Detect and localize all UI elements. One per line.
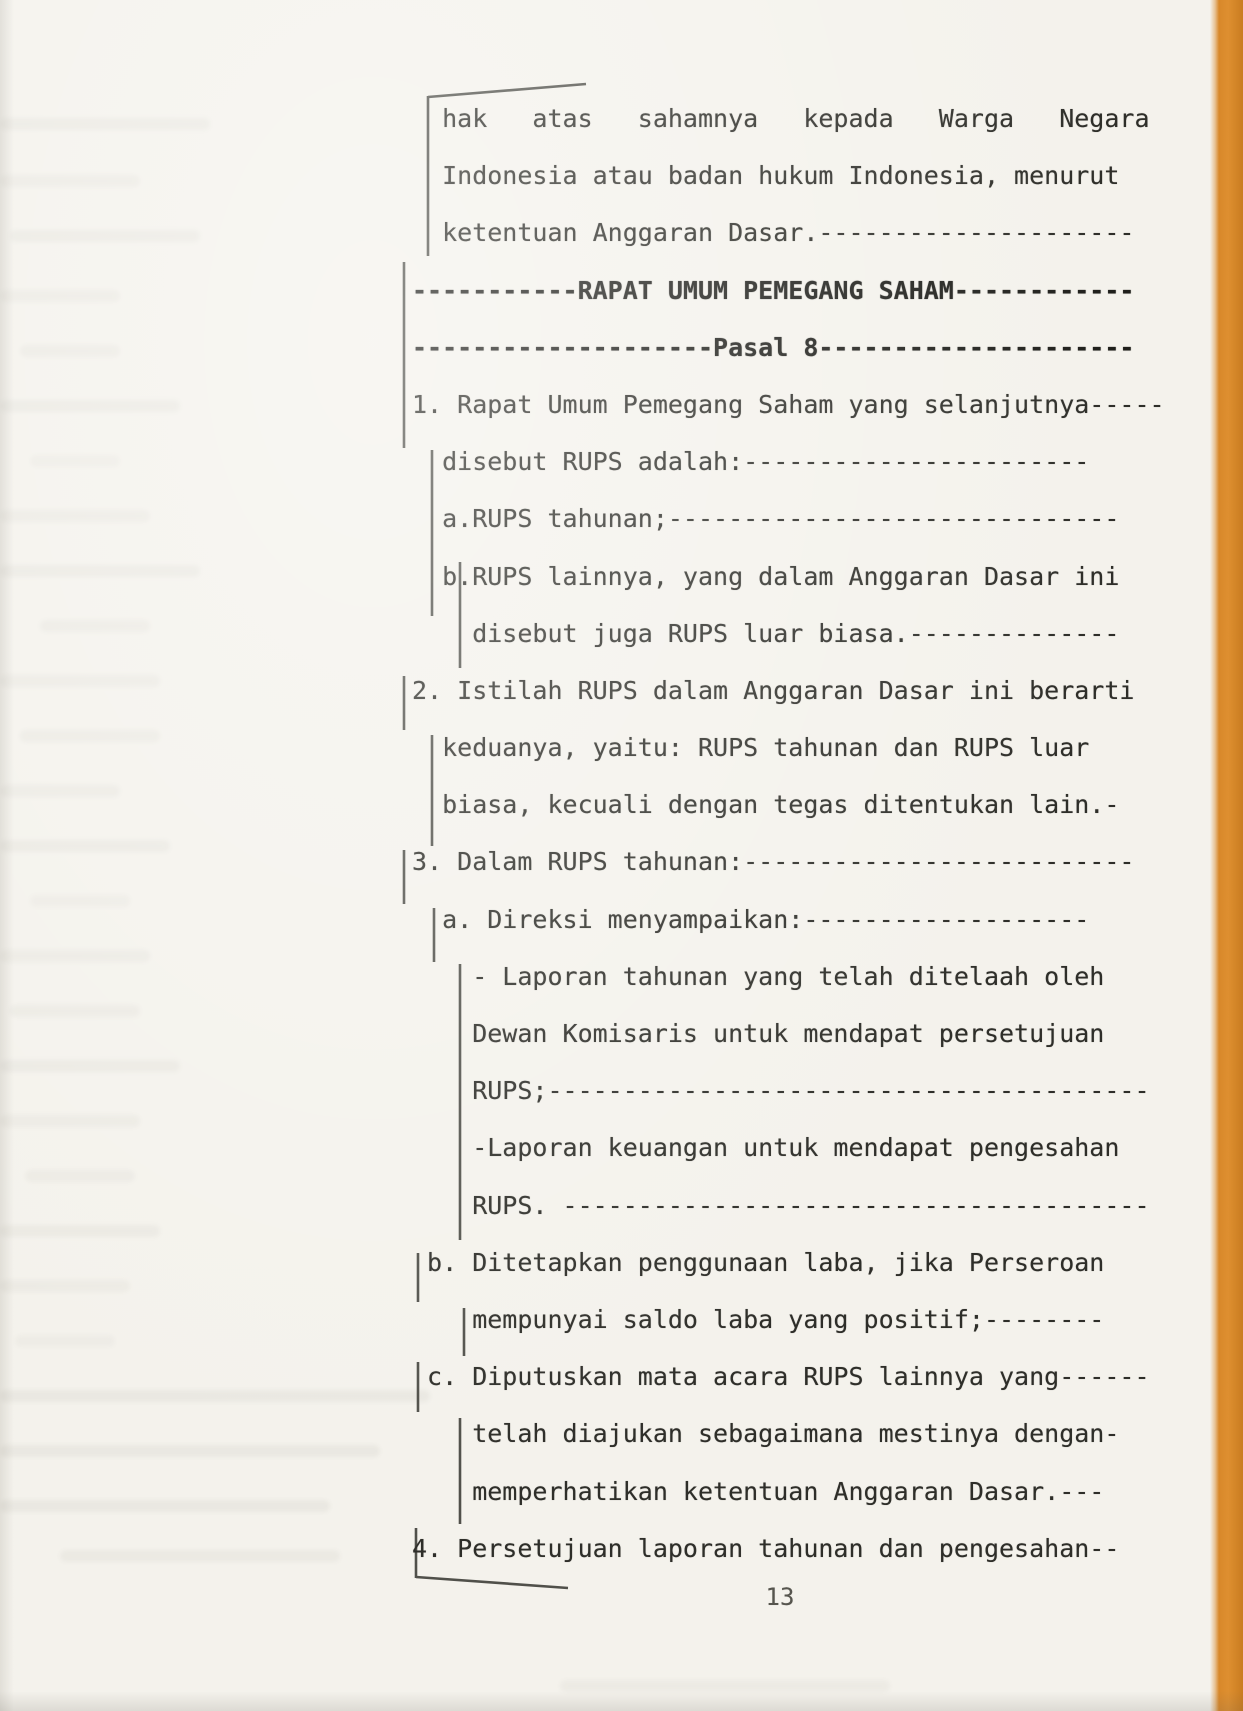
text-line: -Laporan keuangan untuk mendapat pengesa… — [412, 1119, 1192, 1176]
text-line: b.RUPS lainnya, yang dalam Anggaran Dasa… — [412, 548, 1192, 605]
text-line: 3. Dalam RUPS tahunan:------------------… — [412, 833, 1192, 890]
text-line: - Laporan tahunan yang telah ditelaah ol… — [412, 948, 1192, 1005]
text-line: biasa, kecuali dengan tegas ditentukan l… — [412, 776, 1192, 833]
text-line: memperhatikan ketentuan Anggaran Dasar.-… — [412, 1463, 1192, 1520]
text-line: 1. Rapat Umum Pemegang Saham yang selanj… — [412, 376, 1192, 433]
text-line: ketentuan Anggaran Dasar.---------------… — [412, 204, 1192, 261]
text-line: disebut juga RUPS luar biasa.-----------… — [412, 605, 1192, 662]
text-line: a. Direksi menyampaikan:----------------… — [412, 891, 1192, 948]
text-line: a.RUPS tahunan;-------------------------… — [412, 490, 1192, 547]
text-line: RUPS;-----------------------------------… — [412, 1062, 1192, 1119]
text-line: 4. Persetujuan laporan tahunan dan penge… — [412, 1520, 1192, 1577]
text-line: RUPS. ----------------------------------… — [412, 1177, 1192, 1234]
text-line: keduanya, yaitu: RUPS tahunan dan RUPS l… — [412, 719, 1192, 776]
text-line: Indonesia atau badan hukum Indonesia, me… — [412, 147, 1192, 204]
text-line: c. Diputuskan mata acara RUPS lainnya ya… — [412, 1348, 1192, 1405]
deed-text-block: hak atas sahamnya kepada Warga Negara In… — [412, 90, 1192, 1577]
orange-binding-stripe — [1210, 0, 1243, 1711]
text-line: --------------------Pasal 8-------------… — [412, 319, 1192, 376]
text-line: Dewan Komisaris untuk mendapat persetuju… — [412, 1005, 1192, 1062]
page-number: 13 — [700, 1577, 860, 1617]
text-line: telah diajukan sebagaimana mestinya deng… — [412, 1405, 1192, 1462]
text-line: disebut RUPS adalah:--------------------… — [412, 433, 1192, 490]
text-line: hak atas sahamnya kepada Warga Negara — [412, 90, 1192, 147]
text-line: mempunyai saldo laba yang positif;------… — [412, 1291, 1192, 1348]
scanned-page: hak atas sahamnya kepada Warga Negara In… — [0, 0, 1243, 1711]
text-line: b. Ditetapkan penggunaan laba, jika Pers… — [412, 1234, 1192, 1291]
text-line: -----------RAPAT UMUM PEMEGANG SAHAM----… — [412, 262, 1192, 319]
text-line: 2. Istilah RUPS dalam Anggaran Dasar ini… — [412, 662, 1192, 719]
